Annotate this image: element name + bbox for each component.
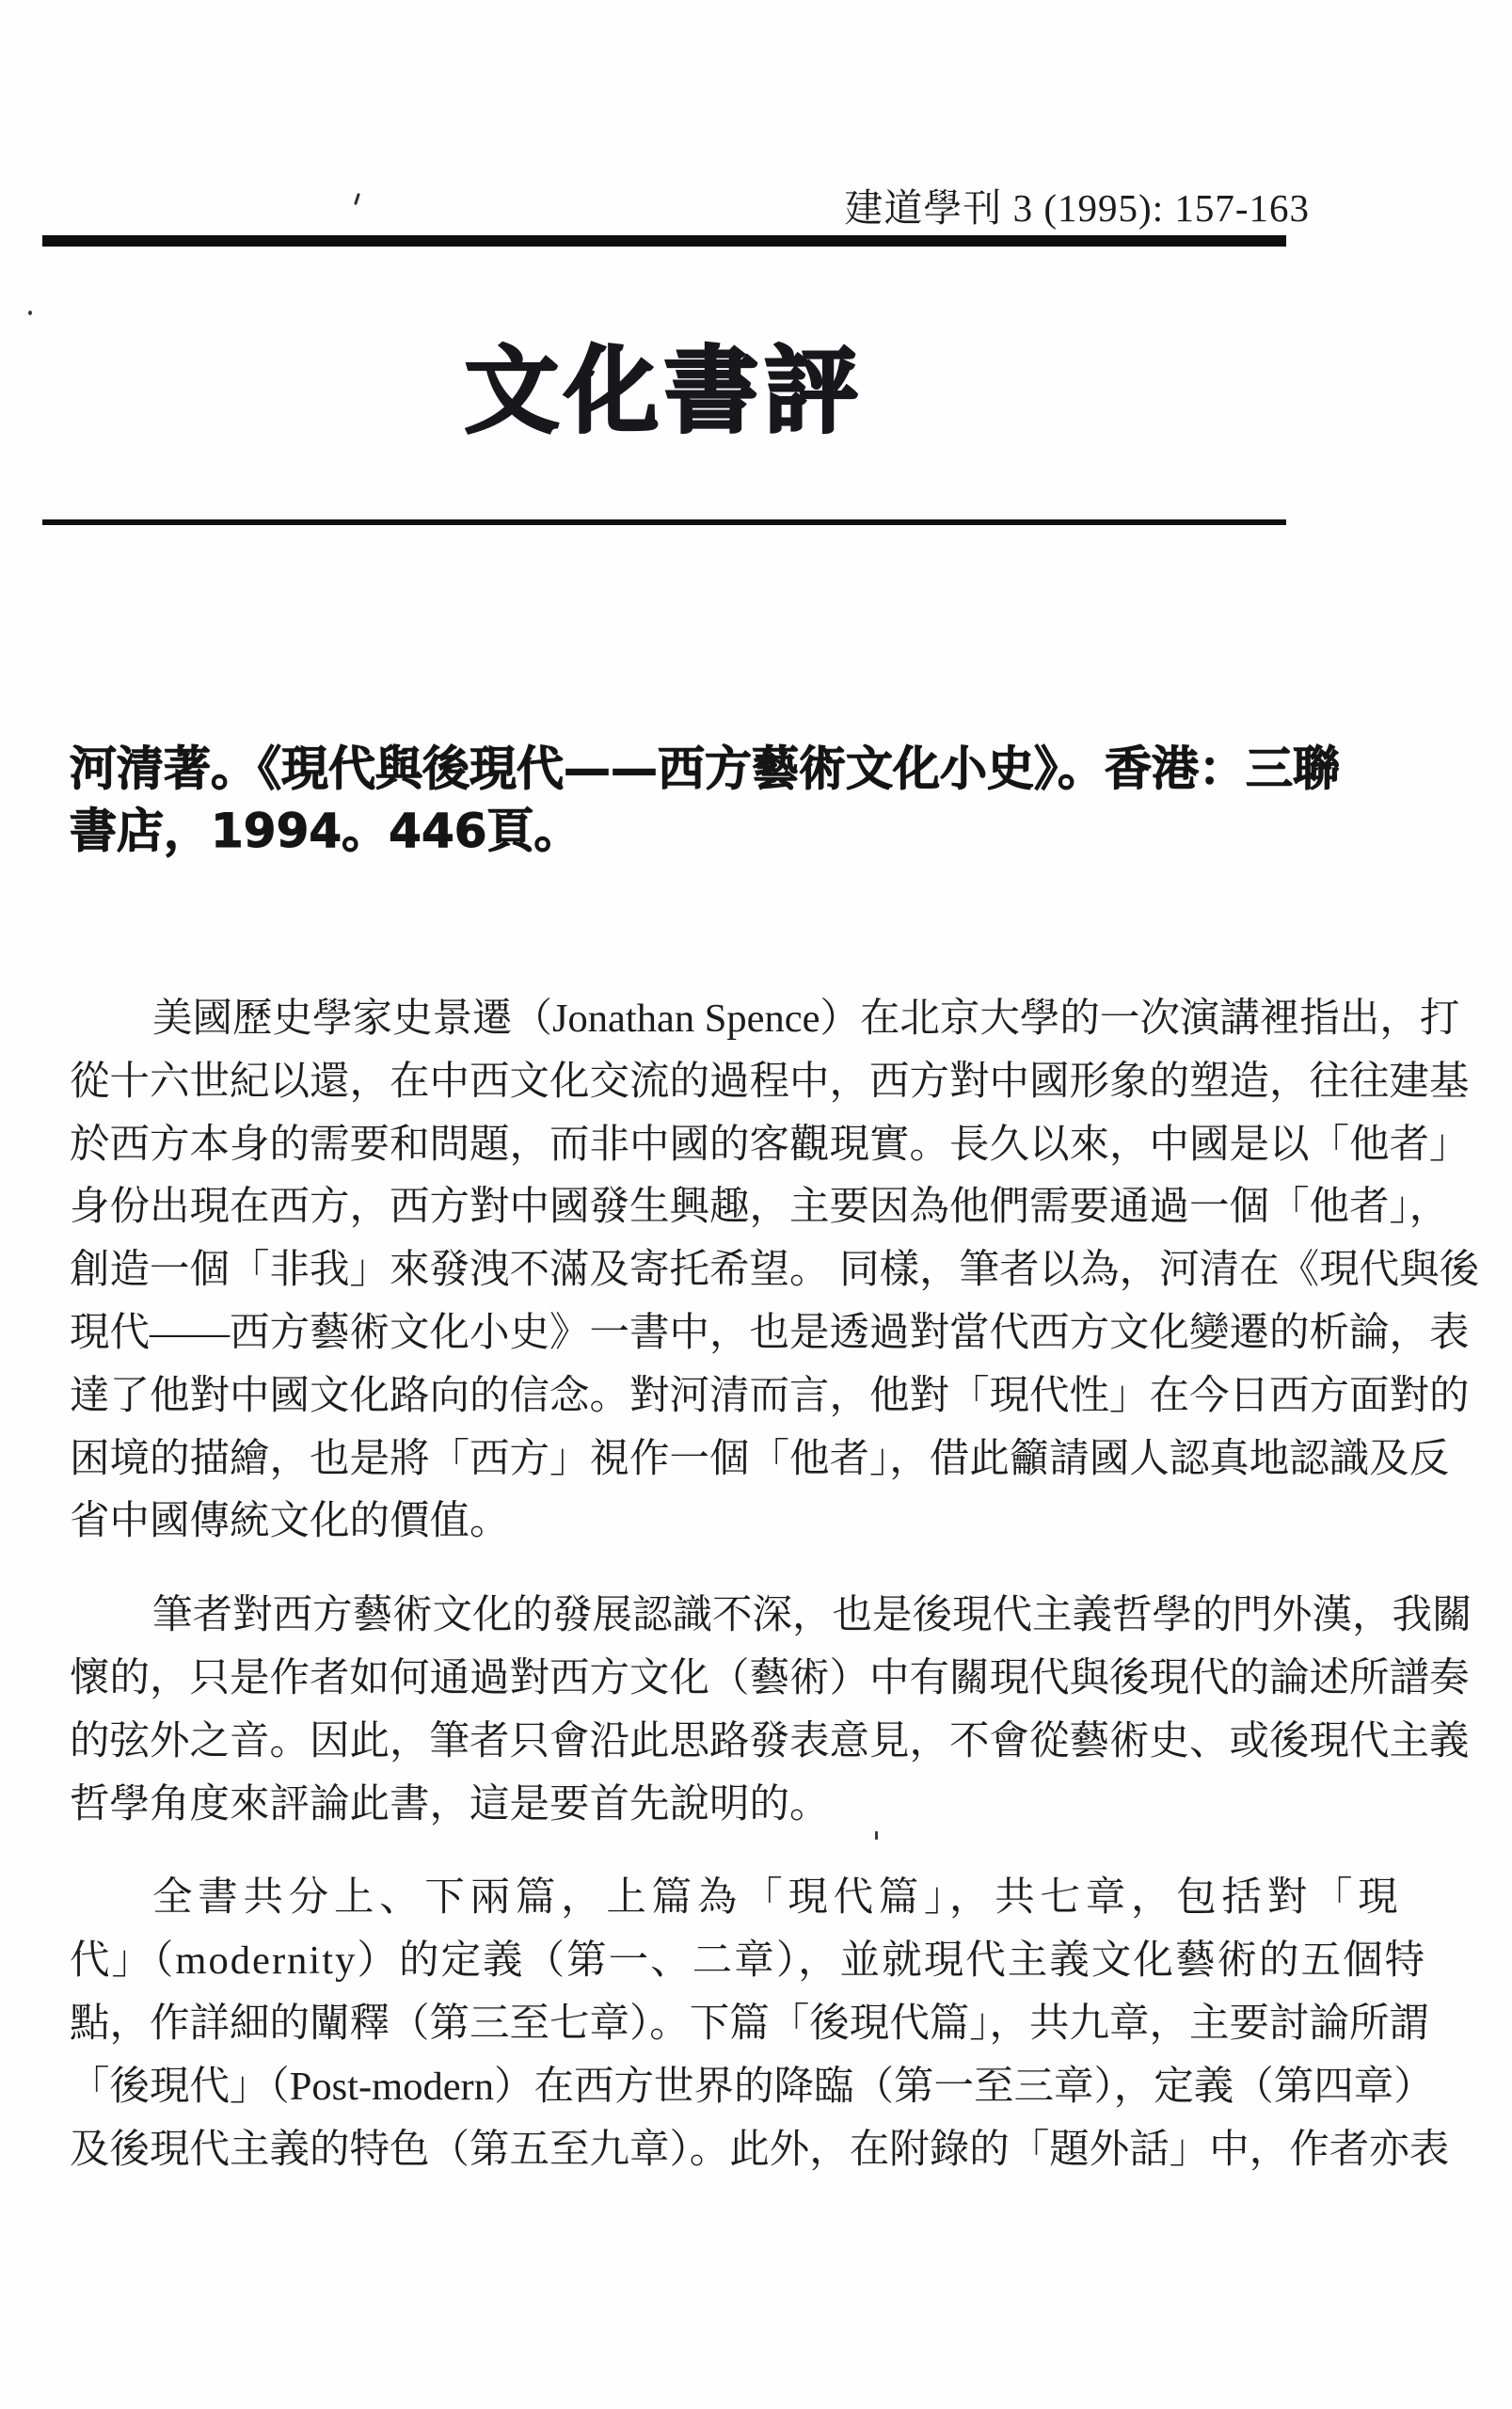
paragraph: 美國歷史學家史景遷（Jonathan Spence）在北京大學的一次演講裡指出，… (70, 988, 1285, 1554)
text-line: 創造一個「非我」來發洩不滿及寄托希望。 同樣，筆者以為，河清在《現代與後 (70, 1239, 1285, 1302)
page-title: 文化書評 (42, 344, 1286, 439)
text-line: 及後現代主義的特色（第五至九章）。此外，在附錄的「題外話」中，作者亦表 (70, 2119, 1285, 2182)
title-rule (42, 519, 1286, 525)
text-line: 困境的描繪，也是將「西方」視作一個「他者」，借此籲請國人認真地認識及反 (70, 1428, 1285, 1492)
top-rule (42, 235, 1286, 247)
text-line: 達了他對中國文化路向的信念。對河清而言，他對「現代性」在今日西方面對的 (70, 1365, 1285, 1428)
text-line: 的弦外之音。因此，筆者只會沿此思路發表意見，不會從藝術史、或後現代主義 (70, 1711, 1285, 1774)
text-line: 筆者對西方藝術文化的發展認識不深，也是後現代主義哲學的門外漢，我關 (70, 1585, 1285, 1648)
text-line: 哲學角度來評論此書，這是要首先說明的。 (70, 1774, 1285, 1837)
citation-line: 書店，1994。446頁。 (70, 800, 1293, 862)
text-line: 美國歷史學家史景遷（Jonathan Spence）在北京大學的一次演講裡指出，… (70, 988, 1285, 1051)
text-line: 全書共分上、下兩篇，上篇為「現代篇」，共七章，包括對「現 (70, 1867, 1285, 1930)
text-line: 代」（modernity）的定義（第一、二章），並就現代主義文化藝術的五個特 (70, 1930, 1285, 1993)
text-line: 於西方本身的需要和問題，而非中國的客觀現實。長久以來，中國是以「他者」 (70, 1114, 1285, 1177)
text-line: 現代——西方藝術文化小史》一書中，也是透過對當代西方文化變遷的析論，表 (70, 1302, 1285, 1365)
scan-speck (354, 193, 360, 205)
scan-speck (28, 311, 32, 315)
scan-speck (875, 1831, 878, 1840)
scanned-journal-page: 建道學刊 3 (1995): 157-163 文化書評 河清著。《現代與後現代—… (0, 0, 1512, 2409)
text-line: 省中國傳統文化的價值。 (70, 1491, 1285, 1554)
text-line: 從十六世紀以還，在中西文化交流的過程中，西方對中國形象的塑造，往往建基 (70, 1051, 1285, 1114)
journal-header: 建道學刊 3 (1995): 157-163 (844, 177, 1310, 232)
book-citation: 河清著。《現代與後現代——西方藝術文化小史》。香港：三聯書店，1994。446頁… (70, 738, 1293, 862)
text-line: 懷的，只是作者如何通過對西方文化（藝術）中有關現代與後現代的論述所譜奏 (70, 1648, 1285, 1711)
text-line: 點，作詳細的闡釋（第三至七章）。下篇「後現代篇」，共九章，主要討論所謂 (70, 1993, 1285, 2056)
text-line: 「後現代」（Post-modern）在西方世界的降臨（第一至三章），定義（第四章… (70, 2056, 1285, 2119)
body-paragraphs: 美國歷史學家史景遷（Jonathan Spence）在北京大學的一次演講裡指出，… (70, 988, 1285, 2212)
paragraph: 全書共分上、下兩篇，上篇為「現代篇」，共七章，包括對「現代」（modernity… (70, 1867, 1285, 2181)
citation-line: 河清著。《現代與後現代——西方藝術文化小史》。香港：三聯 (70, 738, 1293, 800)
text-line: 身份出現在西方，西方對中國發生興趣，主要因為他們需要通過一個「他者」， (70, 1176, 1285, 1239)
scan-speck (1352, 1327, 1357, 1332)
paragraph: 筆者對西方藝術文化的發展認識不深，也是後現代主義哲學的門外漢，我關懷的，只是作者… (70, 1585, 1285, 1836)
